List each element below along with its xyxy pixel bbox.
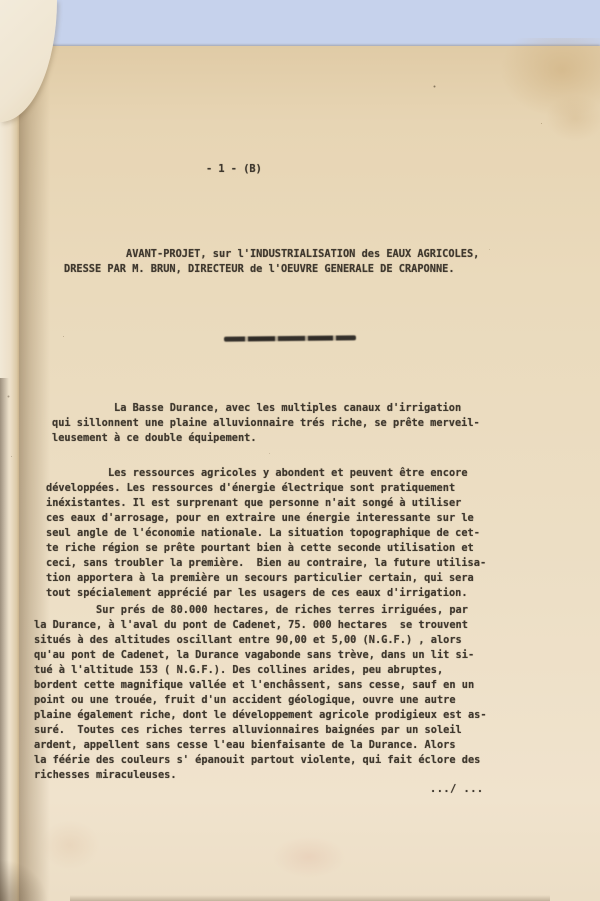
previous-page-dark-edge (0, 378, 9, 901)
continuation-mark: .../ ... (430, 782, 484, 797)
text-line: suré. Toutes ces riches terres alluvionn… (34, 723, 487, 738)
text-line: inéxistantes. Il est surprenant que pers… (46, 496, 486, 511)
text-line: la féérie des couleurs s' épanouit parto… (34, 753, 487, 768)
bottom-left-corner-shadow (0, 859, 48, 901)
bottom-edge-shadow (70, 895, 550, 901)
text-line: tué à l'altitude 153 ( N.G.F.). Des coll… (34, 663, 487, 678)
text-line: leusement à ce double équipement. (52, 431, 480, 446)
text-line: richesses miraculeuses. (34, 768, 487, 783)
text-line: tion apportera à la première un secours … (46, 571, 486, 586)
text-line: qui sillonnent une plaine alluvionnaire … (52, 416, 480, 431)
paragraph: Les ressources agricoles y abondent et p… (46, 466, 486, 601)
text-line: ceci, sans troubler la première. Bien au… (46, 556, 486, 571)
text-line: plaine également riche, dont le développ… (34, 708, 487, 723)
text-line: Les ressources agricoles y abondent et p… (46, 466, 486, 481)
text-line: ces eaux d'arrosage, pour en extraire un… (46, 511, 486, 526)
text-line: point ou une trouée, fruit d'un accident… (34, 693, 487, 708)
text-line: DRESSE PAR M. BRUN, DIRECTEUR de l'OEUVR… (64, 262, 479, 277)
document-title: AVANT-PROJET, sur l'INDUSTRIALISATION de… (64, 247, 479, 277)
text-line: Sur prés de 80.000 hectares, de riches t… (34, 603, 487, 618)
previous-page-strip (0, 0, 19, 901)
text-line: tout spécialement apprécié par les usage… (46, 586, 486, 601)
paragraph: La Basse Durance, avec les multiples can… (52, 401, 480, 446)
text-line: ardent, appellent sans cesse l'eau bienf… (34, 738, 487, 753)
page-number: - 1 - (B) (206, 162, 262, 177)
ink-specks (0, 0, 3, 3)
text-line: qu'au pont de Cadenet, la Durance vagabo… (34, 648, 487, 663)
text-line: la Durance, à l'aval du pont de Cadenet,… (34, 618, 487, 633)
text-line: La Basse Durance, avec les multiples can… (52, 401, 480, 416)
text-line: développées. Les ressources d'énergie él… (46, 481, 486, 496)
text-line: bordent cette magnifique vallée et l'enc… (34, 678, 487, 693)
text-line: AVANT-PROJET, sur l'INDUSTRIALISATION de… (64, 247, 479, 262)
photo-of-document: - 1 - (B) AVANT-PROJET, sur l'INDUSTRIAL… (0, 0, 600, 901)
text-line: seul angle de l'économie nationale. La s… (46, 526, 486, 541)
text-line: te riche région se prête pourtant bien à… (46, 541, 486, 556)
text-line: situés à des altitudes oscillant entre 9… (34, 633, 487, 648)
paragraph: Sur prés de 80.000 hectares, de riches t… (34, 603, 487, 783)
